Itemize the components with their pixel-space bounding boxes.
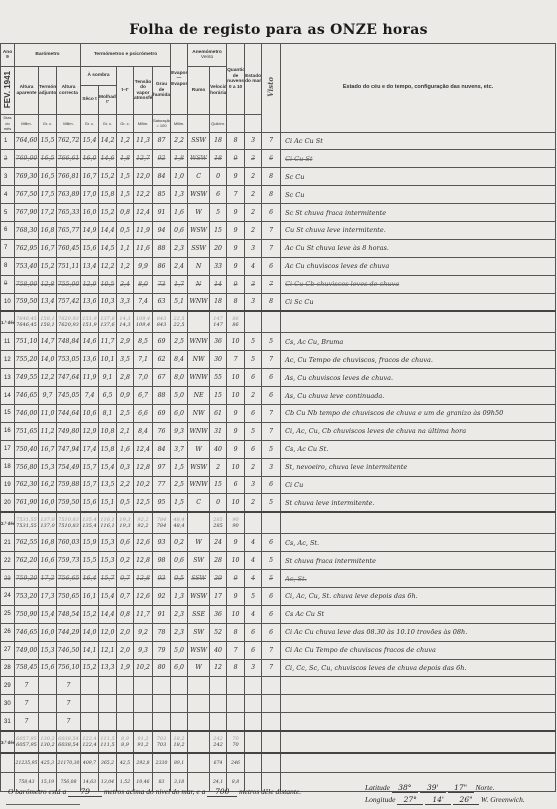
sum-estado: [281, 731, 556, 753]
unit-label: Saturação = 100: [153, 115, 171, 133]
cell-x: 7: [262, 132, 281, 150]
sum-value: 14,3: [117, 322, 133, 328]
dias-header: Dias do mês: [1, 115, 15, 133]
day-number: 12: [1, 351, 15, 369]
cell-alt: 7: [15, 695, 39, 713]
cell-mar: 5: [245, 333, 262, 351]
cell-vel: 17: [210, 587, 227, 605]
cell-vel: 30: [210, 351, 227, 369]
cell-alt: 764,60: [15, 132, 39, 150]
longitude-deg: 27°: [397, 795, 423, 805]
cell-x: 5: [262, 552, 281, 570]
total-row-sum: 21235,95425,321170,30409,7365,242,5292,8…: [1, 753, 556, 773]
cell-seco: 16,0: [81, 150, 99, 168]
day-number: 29: [1, 677, 15, 695]
table-row: 6768,3016,8765,7714,914,40,511,9940,6WSW…: [1, 221, 556, 239]
longitude-sec: 26": [453, 795, 479, 805]
cell-evap: 0,2: [171, 534, 188, 552]
sum-diff: 19,319,3: [117, 512, 134, 534]
cell-x: 8: [262, 293, 281, 311]
cell-diff: 0,8: [117, 204, 134, 222]
cell-corr: 751,11: [57, 257, 81, 275]
cell-alt: 769,00: [15, 150, 39, 168]
cell-x: 5: [262, 440, 281, 458]
cell-nuv: 10: [227, 552, 245, 570]
weather-description: Ci Cu Cb chuviscos leves de chuva: [281, 275, 556, 293]
footer-text: metros acima do nivel do mar, e a: [104, 787, 205, 796]
cell-vel: 18: [210, 150, 227, 168]
cell-molh: 14,5: [99, 239, 117, 257]
day-number: 31: [1, 713, 15, 731]
cell-alt: 746,00: [15, 404, 39, 422]
cell-mar: 5: [245, 587, 262, 605]
weather-description: Ac, St.: [281, 570, 556, 588]
cell-x: 7: [262, 221, 281, 239]
cell-x: 3: [262, 458, 281, 476]
sum-value: 6057,95: [15, 742, 38, 748]
cell-diff: 1,1: [117, 239, 134, 257]
cell-rumo: C: [188, 494, 210, 512]
cell-corr: 750,65: [57, 587, 81, 605]
cell-rumo: WNW: [188, 369, 210, 387]
day-number: 2: [1, 150, 15, 168]
cell-evap: 2,5: [171, 476, 188, 494]
cell-alt: 755,20: [15, 351, 39, 369]
cell-mar: 3: [245, 239, 262, 257]
cell-x: [262, 713, 281, 731]
cell-x: 6: [262, 369, 281, 387]
cell-corr: 7: [57, 677, 81, 695]
day-number: 25: [1, 605, 15, 623]
grau-header: Grau de humidade: [153, 67, 171, 115]
sum-alt: 6057,956057,95: [15, 731, 39, 753]
day-number: 8: [1, 257, 15, 275]
cell-molh: 15,4: [99, 587, 117, 605]
weather-description: Cs, Ac, St.: [281, 534, 556, 552]
cell-diff: 2,0: [117, 641, 134, 659]
cell-tens: 9,3: [134, 641, 153, 659]
cell-molh: 8,1: [99, 404, 117, 422]
sum-x: [262, 731, 281, 753]
total-diff: 42,5: [117, 753, 134, 773]
cell-diff: 0,2: [117, 552, 134, 570]
weather-description: Cs, Ac Cu, Bruma: [281, 333, 556, 351]
longitude-min: 14': [425, 795, 451, 805]
cell-grau: 94: [153, 221, 171, 239]
cell-molh: 15,2: [99, 168, 117, 186]
sum-value: 158,1: [39, 322, 56, 328]
cell-diff: 1,2: [117, 257, 134, 275]
sum-grau: 703703: [153, 731, 171, 753]
cell-nuv: 9: [227, 150, 245, 168]
cell-mar: 3: [245, 275, 262, 293]
sum-molh: 116,1116,1: [99, 512, 117, 534]
day-number: 22: [1, 552, 15, 570]
cell-rumo: WSW: [188, 641, 210, 659]
cell-mar: 6: [245, 404, 262, 422]
cell-diff: [117, 677, 134, 695]
signature: Visto: [268, 77, 274, 97]
sum-mar: [245, 731, 262, 753]
sum-value: 285: [210, 523, 226, 529]
weather-description: Ac Cu chuviscos leves de chuva: [281, 257, 556, 275]
page-title: Folha de registo para as ONZE horas: [0, 22, 557, 38]
cell-grau: [153, 713, 171, 731]
cell-diff: 1,2: [117, 132, 134, 150]
cell-diff: 2,9: [117, 333, 134, 351]
cell-evap: 2,3: [171, 239, 188, 257]
cell-corr: 744,29: [57, 623, 81, 641]
cell-seco: 15,4: [81, 132, 99, 150]
cell-nuv: 10: [227, 494, 245, 512]
table-row: 15746,0011,0744,6410,68,12,56,6696,0NW61…: [1, 404, 556, 422]
sum-value: 135,4: [81, 523, 98, 529]
longitude-label: Longitude: [365, 795, 395, 804]
total-tens: 292,8: [134, 753, 153, 773]
cell-rumo: W: [188, 204, 210, 222]
table-row: 2977: [1, 677, 556, 695]
sum-value: 70: [227, 742, 244, 748]
cell-x: 6: [262, 623, 281, 641]
cell-corr: 744,64: [57, 404, 81, 422]
sum-alt: 7646,457646,45: [15, 311, 39, 333]
cell-corr: 753,05: [57, 351, 81, 369]
decade-label: 3.ª década: [1, 731, 15, 753]
cell-x: 7: [262, 275, 281, 293]
cell-nuv: 8: [227, 659, 245, 677]
cell-molh: 6,5: [99, 387, 117, 405]
cell-term: 11,0: [39, 404, 57, 422]
cell-x: 7: [262, 641, 281, 659]
anemometro-header: AnemómetroVento: [188, 44, 227, 67]
cell-tens: 11,9: [134, 221, 153, 239]
register-body: 1764,6015,5762,7215,414,21,211,3872,2SSW…: [1, 132, 556, 792]
table-row: 24753,2017,3750,6516,115,40,712,6921,3WS…: [1, 587, 556, 605]
weather-description: Cb Cu Nb tempo de chuviscos de chuva e u…: [281, 404, 556, 422]
sum-evap: 18,218,2: [171, 731, 188, 753]
cell-tens: 7,1: [134, 351, 153, 369]
longitude-suffix: W. Greenwich.: [481, 795, 525, 804]
estado-ceu-header: Estado do céu e do tempo, configuração d…: [281, 44, 556, 133]
cell-tens: 12,4: [134, 440, 153, 458]
cell-vel: 33: [210, 257, 227, 275]
title-hour: ONZE: [330, 22, 377, 38]
cell-diff: 3,3: [117, 293, 134, 311]
cell-molh: 14,4: [99, 605, 117, 623]
cell-molh: 13,3: [99, 659, 117, 677]
sum-molh: 111,5111,5: [99, 731, 117, 753]
weather-description: Ci, Ac, Cu, St. chuva leve depois das 6h…: [281, 587, 556, 605]
cell-term: 12,2: [39, 369, 57, 387]
cell-term: 16,8: [39, 534, 57, 552]
table-row: 28758,4515,6756,1015,213,31,910,2806,0W1…: [1, 659, 556, 677]
sum-value: 19,3: [117, 523, 133, 529]
cell-mar: 3: [245, 476, 262, 494]
cell-vel: 28: [210, 552, 227, 570]
table-row: 23759,2017,2756,6516,415,70,712,8930,5SS…: [1, 570, 556, 588]
cell-evap: 1,7: [171, 275, 188, 293]
cell-alt: 753,20: [15, 587, 39, 605]
cell-grau: 88: [153, 387, 171, 405]
cell-molh: 15,4: [99, 458, 117, 476]
month-stamp: FEV. 1941: [1, 67, 15, 115]
cell-vel: 2: [210, 458, 227, 476]
cell-alt: 751,65: [15, 422, 39, 440]
cell-molh: 15,1: [99, 494, 117, 512]
cell-tens: 11,3: [134, 132, 153, 150]
cell-term: 14,0: [39, 351, 57, 369]
cell-tens: 12,2: [134, 186, 153, 204]
cell-vel: 20: [210, 239, 227, 257]
cell-evap: 2,2: [171, 132, 188, 150]
cell-molh: [99, 713, 117, 731]
cell-mar: 3: [245, 293, 262, 311]
cell-mar: 6: [245, 440, 262, 458]
cell-grau: 87: [153, 132, 171, 150]
cell-vel: 6: [210, 186, 227, 204]
cell-seco: 15,2: [81, 605, 99, 623]
cell-diff: 2,4: [117, 275, 134, 293]
cell-seco: 15,7: [81, 458, 99, 476]
cell-nuv: 8: [227, 293, 245, 311]
cell-diff: 0,7: [117, 570, 134, 588]
cell-seco: [81, 695, 99, 713]
cell-mar: 6: [245, 369, 262, 387]
cell-alt: 7: [15, 677, 39, 695]
seco-header: Sêco t: [81, 86, 99, 115]
cell-diff: 1,5: [117, 168, 134, 186]
cell-grau: 88: [153, 239, 171, 257]
sum-term: 158,1158,1: [39, 311, 57, 333]
cell-tens: 9,2: [134, 623, 153, 641]
unit-label: Quilóm.: [210, 115, 227, 133]
cell-nuv: 9: [227, 168, 245, 186]
cell-alt: 767,90: [15, 204, 39, 222]
cell-seco: [81, 713, 99, 731]
sum-term: 137,0137,0: [39, 512, 57, 534]
cell-molh: 14,6: [99, 150, 117, 168]
table-row: 26746,6516,0744,2914,012,02,09,2782,3SW5…: [1, 623, 556, 641]
cell-term: 17,3: [39, 587, 57, 605]
cell-corr: 760,45: [57, 239, 81, 257]
cell-term: 11,2: [39, 422, 57, 440]
cell-vel: 36: [210, 333, 227, 351]
barometro-header: Barómetro: [15, 44, 81, 67]
weather-description: As, Cu chuviscos leves de chuva.: [281, 369, 556, 387]
sum-value: 22,5: [171, 322, 187, 328]
cell-corr: 754,49: [57, 458, 81, 476]
table-row: 14746,659,7745,057,46,50,96,7885,0NE1510…: [1, 387, 556, 405]
cell-rumo: WNW: [188, 476, 210, 494]
cell-seco: 17,4: [81, 440, 99, 458]
cell-mar: 4: [245, 534, 262, 552]
cell-tens: 7,4: [134, 293, 153, 311]
sum-value: 86: [227, 322, 244, 328]
cell-nuv: 9: [227, 534, 245, 552]
sum-value: 130,2: [39, 742, 56, 748]
cell-term: 17,2: [39, 204, 57, 222]
barometer-distance: 700: [207, 787, 237, 797]
sum-value: 7620,93: [57, 322, 80, 328]
cell-molh: 15,3: [99, 552, 117, 570]
cell-grau: 91: [153, 605, 171, 623]
sum-value: 111,5: [99, 742, 116, 748]
day-number: 13: [1, 369, 15, 387]
sum-value: 784: [153, 523, 170, 529]
cell-rumo: SW: [188, 552, 210, 570]
weather-description: [281, 695, 556, 713]
cell-seco: 14,0: [81, 623, 99, 641]
cell-diff: 0,9: [117, 387, 134, 405]
cell-nuv: 10: [227, 458, 245, 476]
cell-tens: 12,8: [134, 552, 153, 570]
sum-tens: 109,4109,4: [134, 311, 153, 333]
cell-grau: 62: [153, 351, 171, 369]
total-evap: 89,1: [171, 753, 188, 773]
cell-term: 15,3: [39, 458, 57, 476]
cell-term: 17,2: [39, 570, 57, 588]
cell-rumo: WSW: [188, 150, 210, 168]
weather-description: St chuva fraca intermitente: [281, 552, 556, 570]
cell-rumo: SSE: [188, 605, 210, 623]
cell-vel: 5: [210, 204, 227, 222]
cell-diff: 2,5: [117, 404, 134, 422]
cell-rumo: SSW: [188, 239, 210, 257]
weather-description: Ci, Ac, Cu, Cb chuviscos leves de chuva …: [281, 422, 556, 440]
cell-diff: [117, 695, 134, 713]
cell-vel: 0: [210, 168, 227, 186]
cell-vel: 52: [210, 623, 227, 641]
cell-tens: 10,2: [134, 476, 153, 494]
cell-nuv: 9: [227, 570, 245, 588]
sum-value: 242: [210, 742, 226, 748]
cell-diff: 1,5: [117, 186, 134, 204]
weather-description: Cs, Ac Cu St.: [281, 440, 556, 458]
day-number: 1: [1, 132, 15, 150]
cell-term: 9,7: [39, 387, 57, 405]
cell-seco: 17,0: [81, 186, 99, 204]
cell-grau: 92: [153, 587, 171, 605]
weather-description: Ci Ac Cu chuva leve das 08.30 às 10.10 t…: [281, 623, 556, 641]
cell-nuv: [227, 695, 245, 713]
title-prefix: Folha de registo para as: [129, 22, 330, 38]
cell-diff: 2,1: [117, 422, 134, 440]
cell-mar: [245, 713, 262, 731]
cell-rumo: WNW: [188, 422, 210, 440]
weather-description: Cu St chuva leve intermitente.: [281, 221, 556, 239]
cell-alt: 7: [15, 713, 39, 731]
cell-x: [262, 695, 281, 713]
cell-nuv: [227, 677, 245, 695]
cell-diff: 1,6: [117, 440, 134, 458]
cell-mar: 4: [245, 257, 262, 275]
signature-column: Visto: [262, 44, 281, 133]
total-rumo: [188, 753, 210, 773]
cell-corr: 745,05: [57, 387, 81, 405]
cell-evap: 5,1: [171, 293, 188, 311]
sum-value: 122,4: [81, 742, 98, 748]
cell-evap: 1,5: [171, 458, 188, 476]
cell-seco: 7,4: [81, 387, 99, 405]
cell-evap: 1,0: [171, 168, 188, 186]
cell-rumo: W: [188, 440, 210, 458]
cell-x: 7: [262, 351, 281, 369]
table-row: 22762,2016,6759,7315,515,30,212,8980,6SW…: [1, 552, 556, 570]
barometer-height: 79: [68, 787, 102, 797]
cell-term: 16,6: [39, 552, 57, 570]
cell-molh: 15,7: [99, 570, 117, 588]
footer-text: metros dêle distante.: [239, 787, 301, 796]
sum-seco: 151,9151,9: [81, 311, 99, 333]
cell-corr: 746,50: [57, 641, 81, 659]
table-row: 13749,5512,2747,6411,99,12,87,0678,0WNW5…: [1, 369, 556, 387]
nuvens-header: Quantidade de nuvens 0 a 10: [227, 44, 245, 115]
weather-description: [281, 677, 556, 695]
longitude: Longitude 27° 14' 26" W. Greenwich.: [365, 795, 525, 805]
total-label: [1, 753, 15, 773]
unit-label: [188, 115, 210, 133]
cell-molh: 10,5: [99, 275, 117, 293]
cell-alt: 758,00: [15, 275, 39, 293]
table-row: 3077: [1, 695, 556, 713]
cell-mar: 4: [245, 552, 262, 570]
unit-label: Gr. c.: [39, 115, 57, 133]
cell-tens: 9,9: [134, 257, 153, 275]
cell-molh: 9,1: [99, 369, 117, 387]
cell-evap: 6,0: [171, 404, 188, 422]
cell-x: 6: [262, 587, 281, 605]
cell-term: [39, 695, 57, 713]
cell-corr: 765,33: [57, 204, 81, 222]
cell-vel: 18: [210, 132, 227, 150]
day-number: 15: [1, 404, 15, 422]
cell-evap: 2,4: [171, 257, 188, 275]
cell-molh: [99, 695, 117, 713]
decade-summary-row: 3.ª década6057,956057,95130,2130,26038,5…: [1, 731, 556, 753]
cell-alt: 768,30: [15, 221, 39, 239]
weather-description: [281, 713, 556, 731]
cell-seco: 11,9: [81, 369, 99, 387]
total-vel: 674: [210, 753, 227, 773]
weather-description: Sc Cu: [281, 186, 556, 204]
cell-rumo: NW: [188, 351, 210, 369]
weather-description: Ci Cu St: [281, 150, 556, 168]
cell-x: 6: [262, 150, 281, 168]
cell-corr: 759,88: [57, 476, 81, 494]
cell-diff: 0,3: [117, 458, 134, 476]
cell-nuv: 7: [227, 351, 245, 369]
cell-corr: 766,81: [57, 168, 81, 186]
sum-tens: 91,291,2: [134, 731, 153, 753]
rumo-header: Rumo: [188, 67, 210, 115]
sum-rumo: [188, 311, 210, 333]
cell-grau: 95: [153, 494, 171, 512]
weather-description: Ci Cu: [281, 476, 556, 494]
cell-tens: 12,4: [134, 204, 153, 222]
sum-mar: [245, 512, 262, 534]
cell-seco: 14,9: [81, 221, 99, 239]
sum-evap: 22,522,5: [171, 311, 188, 333]
velocidade-header: Velocidade horária: [210, 67, 227, 115]
table-row: 2769,0016,5766,6116,014,61,812,7921,8WSW…: [1, 150, 556, 168]
sum-value: 137,6: [99, 322, 116, 328]
sum-seco: 122,4122,4: [81, 731, 99, 753]
unit-label: Millm.: [134, 115, 153, 133]
sum-nuv: 8686: [227, 311, 245, 333]
sum-vel: 285285: [210, 512, 227, 534]
termometros-header: Termómetros e psicrómetro: [81, 44, 171, 67]
cell-rumo: SW: [188, 623, 210, 641]
